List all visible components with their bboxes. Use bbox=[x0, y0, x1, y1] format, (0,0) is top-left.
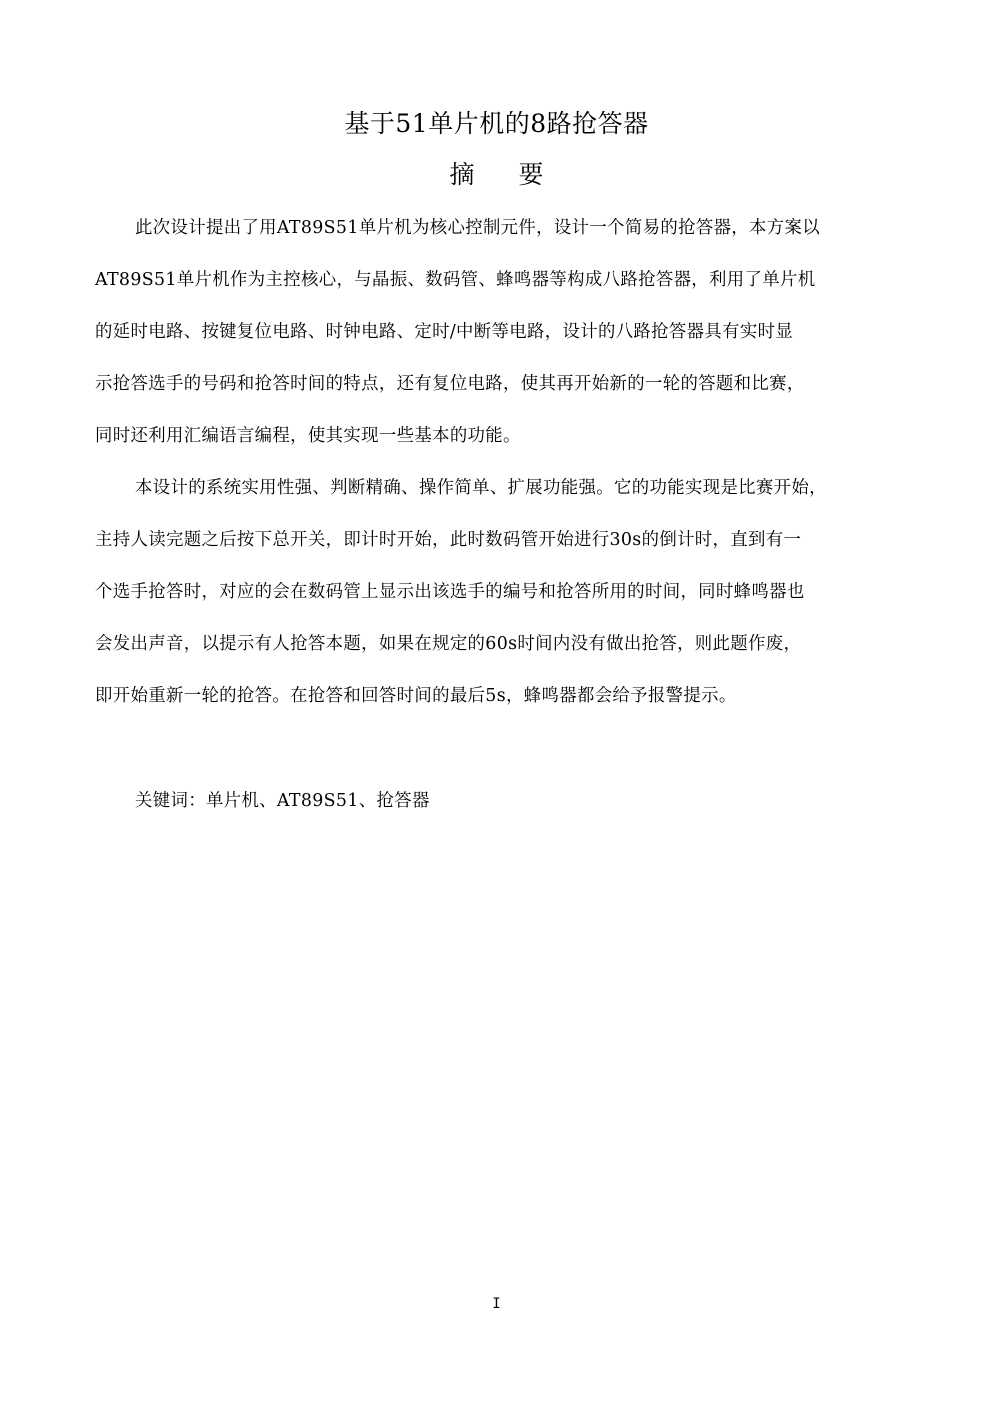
paragraph-line: 会发出声音，以提示有人抢答本题，如果在规定的60s时间内没有做出抢答，则此题作废… bbox=[95, 632, 905, 656]
paragraph-line: 的延时电路、按键复位电路、时钟电路、定时/中断等电路，设计的八路抢答器具有实时显 bbox=[95, 320, 905, 344]
paragraph-line: 个选手抢答时，对应的会在数码管上显示出该选手的编号和抢答所用的时间，同时蜂鸣器也 bbox=[95, 580, 905, 604]
paragraph-line: 即开始重新一轮的抢答。在抢答和回答时间的最后5s，蜂鸣器都会给予报警提示。 bbox=[95, 684, 905, 708]
paragraph-line: 主持人读完题之后按下总开关，即计时开始，此时数码管开始进行30s的倒计时，直到有… bbox=[95, 528, 905, 552]
abstract-heading: 摘要 bbox=[0, 158, 993, 192]
abstract-heading-char-1: 摘 bbox=[449, 158, 474, 192]
document-page: 基于51单片机的8路抢答器 摘要 此次设计提出了用AT89S51单片机为核心控制… bbox=[0, 0, 993, 1404]
paragraph-line: 此次设计提出了用AT89S51单片机为核心控制元件，设计一个简易的抢答器，本方案… bbox=[135, 216, 945, 240]
page-number: I bbox=[0, 1295, 993, 1313]
abstract-heading-char-2: 要 bbox=[519, 158, 544, 192]
keywords-line: 关键词：单片机、AT89S51、抢答器 bbox=[135, 789, 430, 813]
paragraph-line: 本设计的系统实用性强、判断精确、操作简单、扩展功能强。它的功能实现是比赛开始， bbox=[135, 476, 945, 500]
paragraph-line: 示抢答选手的号码和抢答时间的特点，还有复位电路，使其再开始新的一轮的答题和比赛， bbox=[95, 372, 905, 396]
document-title: 基于51单片机的8路抢答器 bbox=[0, 107, 993, 141]
paragraph-line: 同时还利用汇编语言编程，使其实现一些基本的功能。 bbox=[95, 424, 905, 448]
paragraph-line: AT89S51单片机作为主控核心，与晶振、数码管、蜂鸣器等构成八路抢答器，利用了… bbox=[95, 268, 905, 292]
